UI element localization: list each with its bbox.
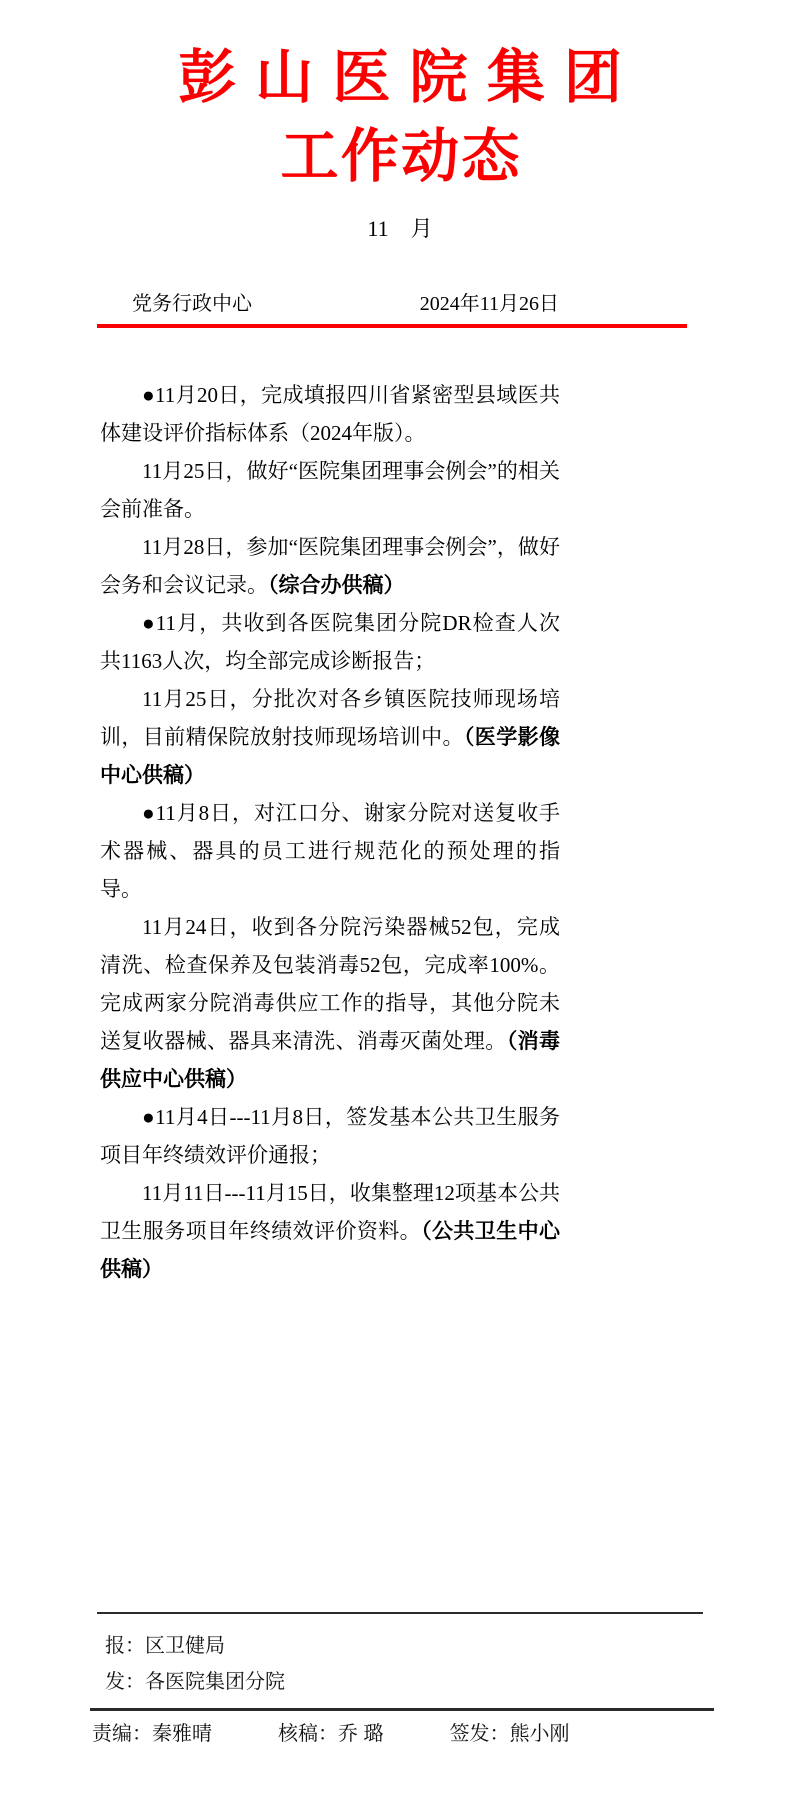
paragraph: ●11月8日，对江口分、谢家分院对送复收手术器械、器具的员工进行规范化的预处理的… xyxy=(100,794,560,908)
paragraph-text: ●11月20日，完成填报四川省紧密型县域医共体建设评价指标体系（2024年版）。 xyxy=(100,383,560,445)
document-footer: 报：区卫健局 发：各医院集团分院 责编：秦雅晴 核稿：乔 璐 签发：熊小刚 xyxy=(0,1612,800,1747)
paragraph: ●11月20日，完成填报四川省紧密型县域医共体建设评价指标体系（2024年版）。 xyxy=(100,376,560,452)
body-text: ●11月20日，完成填报四川省紧密型县域医共体建设评价指标体系（2024年版）。… xyxy=(100,376,560,1288)
footer-rule-top xyxy=(97,1612,703,1614)
reviewer-credit: 核稿：乔 璐 xyxy=(278,1721,384,1747)
masthead-title-line1: 彭山医院集团 xyxy=(97,38,703,118)
chief-editor-credit: 责编：秦雅晴 xyxy=(92,1721,212,1747)
footer-credits-row: 责编：秦雅晴 核稿：乔 璐 签发：熊小刚 xyxy=(92,1721,800,1747)
paragraph-text: ●11月8日，对江口分、谢家分院对送复收手术器械、器具的员工进行规范化的预处理的… xyxy=(100,801,560,901)
paragraph-text: 11月25日，做好“医院集团理事会例会”的相关会前准备。 xyxy=(100,459,560,521)
paragraph-text: ●11月4日---11月8日，签发基本公共卫生服务项目年终绩效评价通报； xyxy=(100,1105,560,1167)
issue-month: 11 月 xyxy=(97,216,703,242)
issuer-name: 熊小刚 xyxy=(510,1723,570,1745)
footer-rule-bottom xyxy=(90,1708,714,1711)
header-red-rule xyxy=(97,324,687,328)
paragraph: 11月24日，收到各分院污染器械52包，完成清洗、检查保养及包装消毒52包，完成… xyxy=(100,908,560,1098)
issue-date: 2024年11月26日 xyxy=(420,292,687,316)
issue-header-row: 党务行政中心 2024年11月26日 xyxy=(97,292,687,316)
distribution-line: 发：各医院集团分院 xyxy=(105,1664,800,1700)
reviewer-name: 乔 璐 xyxy=(338,1723,384,1745)
issuing-department: 党务行政中心 xyxy=(97,292,252,316)
issuer-label: 签发： xyxy=(450,1723,510,1745)
paragraph-text: ●11月，共收到各医院集团分院DR检查人次共1163人次，均全部完成诊断报告； xyxy=(100,611,560,673)
report-to-line: 报：区卫健局 xyxy=(105,1628,800,1664)
paragraph: ●11月4日---11月8日，签发基本公共卫生服务项目年终绩效评价通报； xyxy=(100,1098,560,1174)
paragraph: 11月11日---11月15日，收集整理12项基本公共卫生服务项目年终绩效评价资… xyxy=(100,1174,560,1288)
masthead-title-line2: 工作动态 xyxy=(97,118,703,196)
footer-address-block: 报：区卫健局 发：各医院集团分院 xyxy=(105,1628,800,1700)
chief-editor-name: 秦雅晴 xyxy=(152,1723,212,1745)
masthead: 彭山医院集团 工作动态 xyxy=(97,0,703,196)
reviewer-label: 核稿： xyxy=(278,1723,338,1745)
paragraph: ●11月，共收到各医院集团分院DR检查人次共1163人次，均全部完成诊断报告； xyxy=(100,604,560,680)
paragraph: 11月25日，分批次对各乡镇医院技师现场培训，目前精保院放射技师现场培训中。（医… xyxy=(100,680,560,794)
paragraph-source: （综合办供稿） xyxy=(268,573,405,597)
issuer-credit: 签发：熊小刚 xyxy=(450,1721,570,1747)
paragraph: 11月28日，参加“医院集团理事会例会”，做好会务和会议记录。（综合办供稿） xyxy=(100,528,560,604)
paragraph: 11月25日，做好“医院集团理事会例会”的相关会前准备。 xyxy=(100,452,560,528)
bulletin-page: 彭山医院集团 工作动态 11 月 党务行政中心 2024年11月26日 ●11月… xyxy=(0,0,800,1807)
paragraph-text: 11月24日，收到各分院污染器械52包，完成清洗、检查保养及包装消毒52包，完成… xyxy=(100,915,560,1053)
chief-editor-label: 责编： xyxy=(92,1723,152,1745)
